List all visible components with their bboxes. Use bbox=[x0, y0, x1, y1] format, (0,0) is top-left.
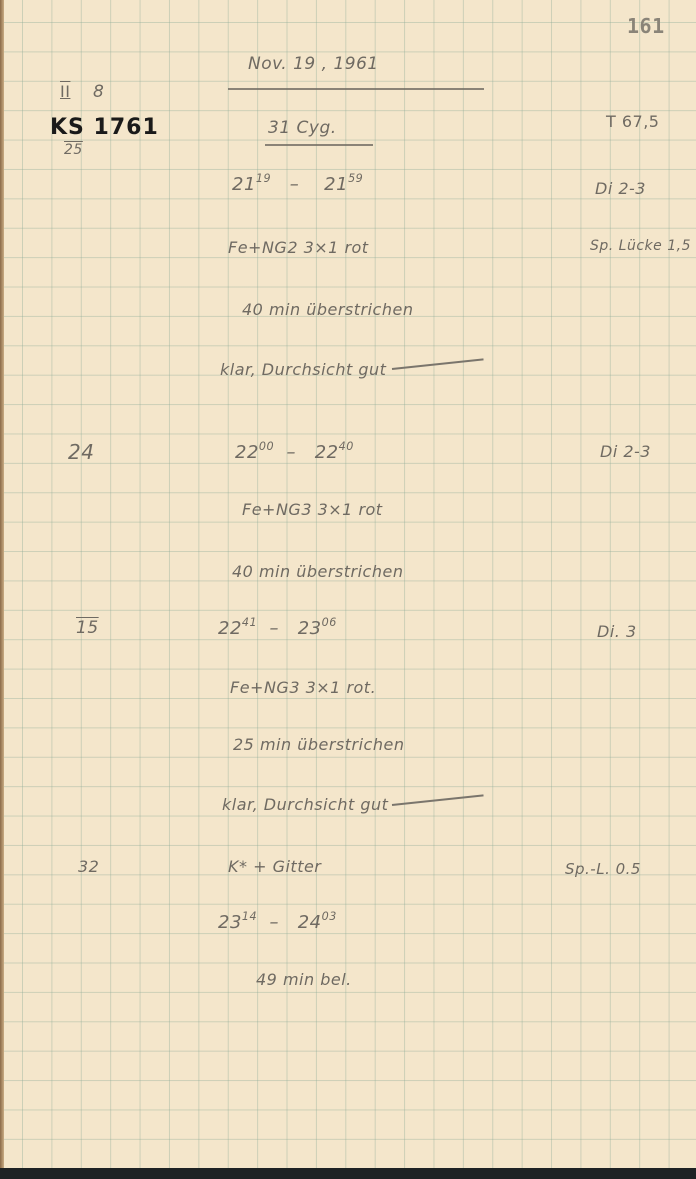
right-note: Di 2-3 bbox=[600, 442, 651, 461]
left-note: 15 bbox=[76, 618, 99, 638]
time-range: 2241 – 2306 bbox=[218, 616, 337, 639]
left-note: 32 bbox=[78, 857, 99, 876]
right-note: Di 2-3 bbox=[595, 179, 646, 198]
notebook-page: 161 Nov. 19 , 1961 31 Cyg. II 8 KS 1761 … bbox=[0, 0, 696, 1168]
volume-sub: 8 bbox=[93, 82, 104, 102]
catalog-id: KS 1761 bbox=[50, 115, 159, 140]
strike-line bbox=[392, 358, 484, 370]
page-number: 161 bbox=[627, 14, 665, 38]
strike-line bbox=[392, 794, 484, 806]
exposure: 40 min überstrichen bbox=[242, 300, 413, 319]
date-underline bbox=[228, 88, 484, 90]
time-range: 2119 – 2159 bbox=[232, 172, 363, 195]
time-range: 2314 – 2403 bbox=[218, 910, 337, 933]
binding-edge bbox=[0, 0, 4, 1168]
volume-label: II bbox=[60, 82, 70, 101]
object-underline bbox=[265, 144, 373, 146]
setup: Fe+NG2 3×1 rot bbox=[228, 238, 369, 257]
conditions: klar, Durchsicht gut bbox=[220, 360, 386, 379]
setup: K* + Gitter bbox=[228, 857, 321, 876]
date-heading: Nov. 19 , 1961 bbox=[248, 54, 379, 74]
time-range: 2200 – 2240 bbox=[235, 440, 354, 463]
setup: Fe+NG3 3×1 rot bbox=[242, 500, 383, 519]
exposure: 49 min bel. bbox=[256, 970, 352, 989]
setup-right-note: Sp. Lücke 1,5 bbox=[590, 238, 691, 254]
right-note: Sp.-L. 0.5 bbox=[565, 860, 641, 878]
margin-note: 25 bbox=[64, 142, 83, 158]
setup: Fe+NG3 3×1 rot. bbox=[230, 678, 376, 697]
exposure: 40 min überstrichen bbox=[232, 562, 403, 581]
left-note: 24 bbox=[68, 440, 94, 464]
object-heading: 31 Cyg. bbox=[268, 118, 337, 138]
right-note: Di. 3 bbox=[597, 622, 637, 641]
top-right-note: T 67,5 bbox=[606, 112, 659, 131]
page-bottom-edge bbox=[0, 1168, 696, 1179]
exposure: 25 min überstrichen bbox=[233, 735, 404, 754]
conditions: klar, Durchsicht gut bbox=[222, 795, 388, 814]
